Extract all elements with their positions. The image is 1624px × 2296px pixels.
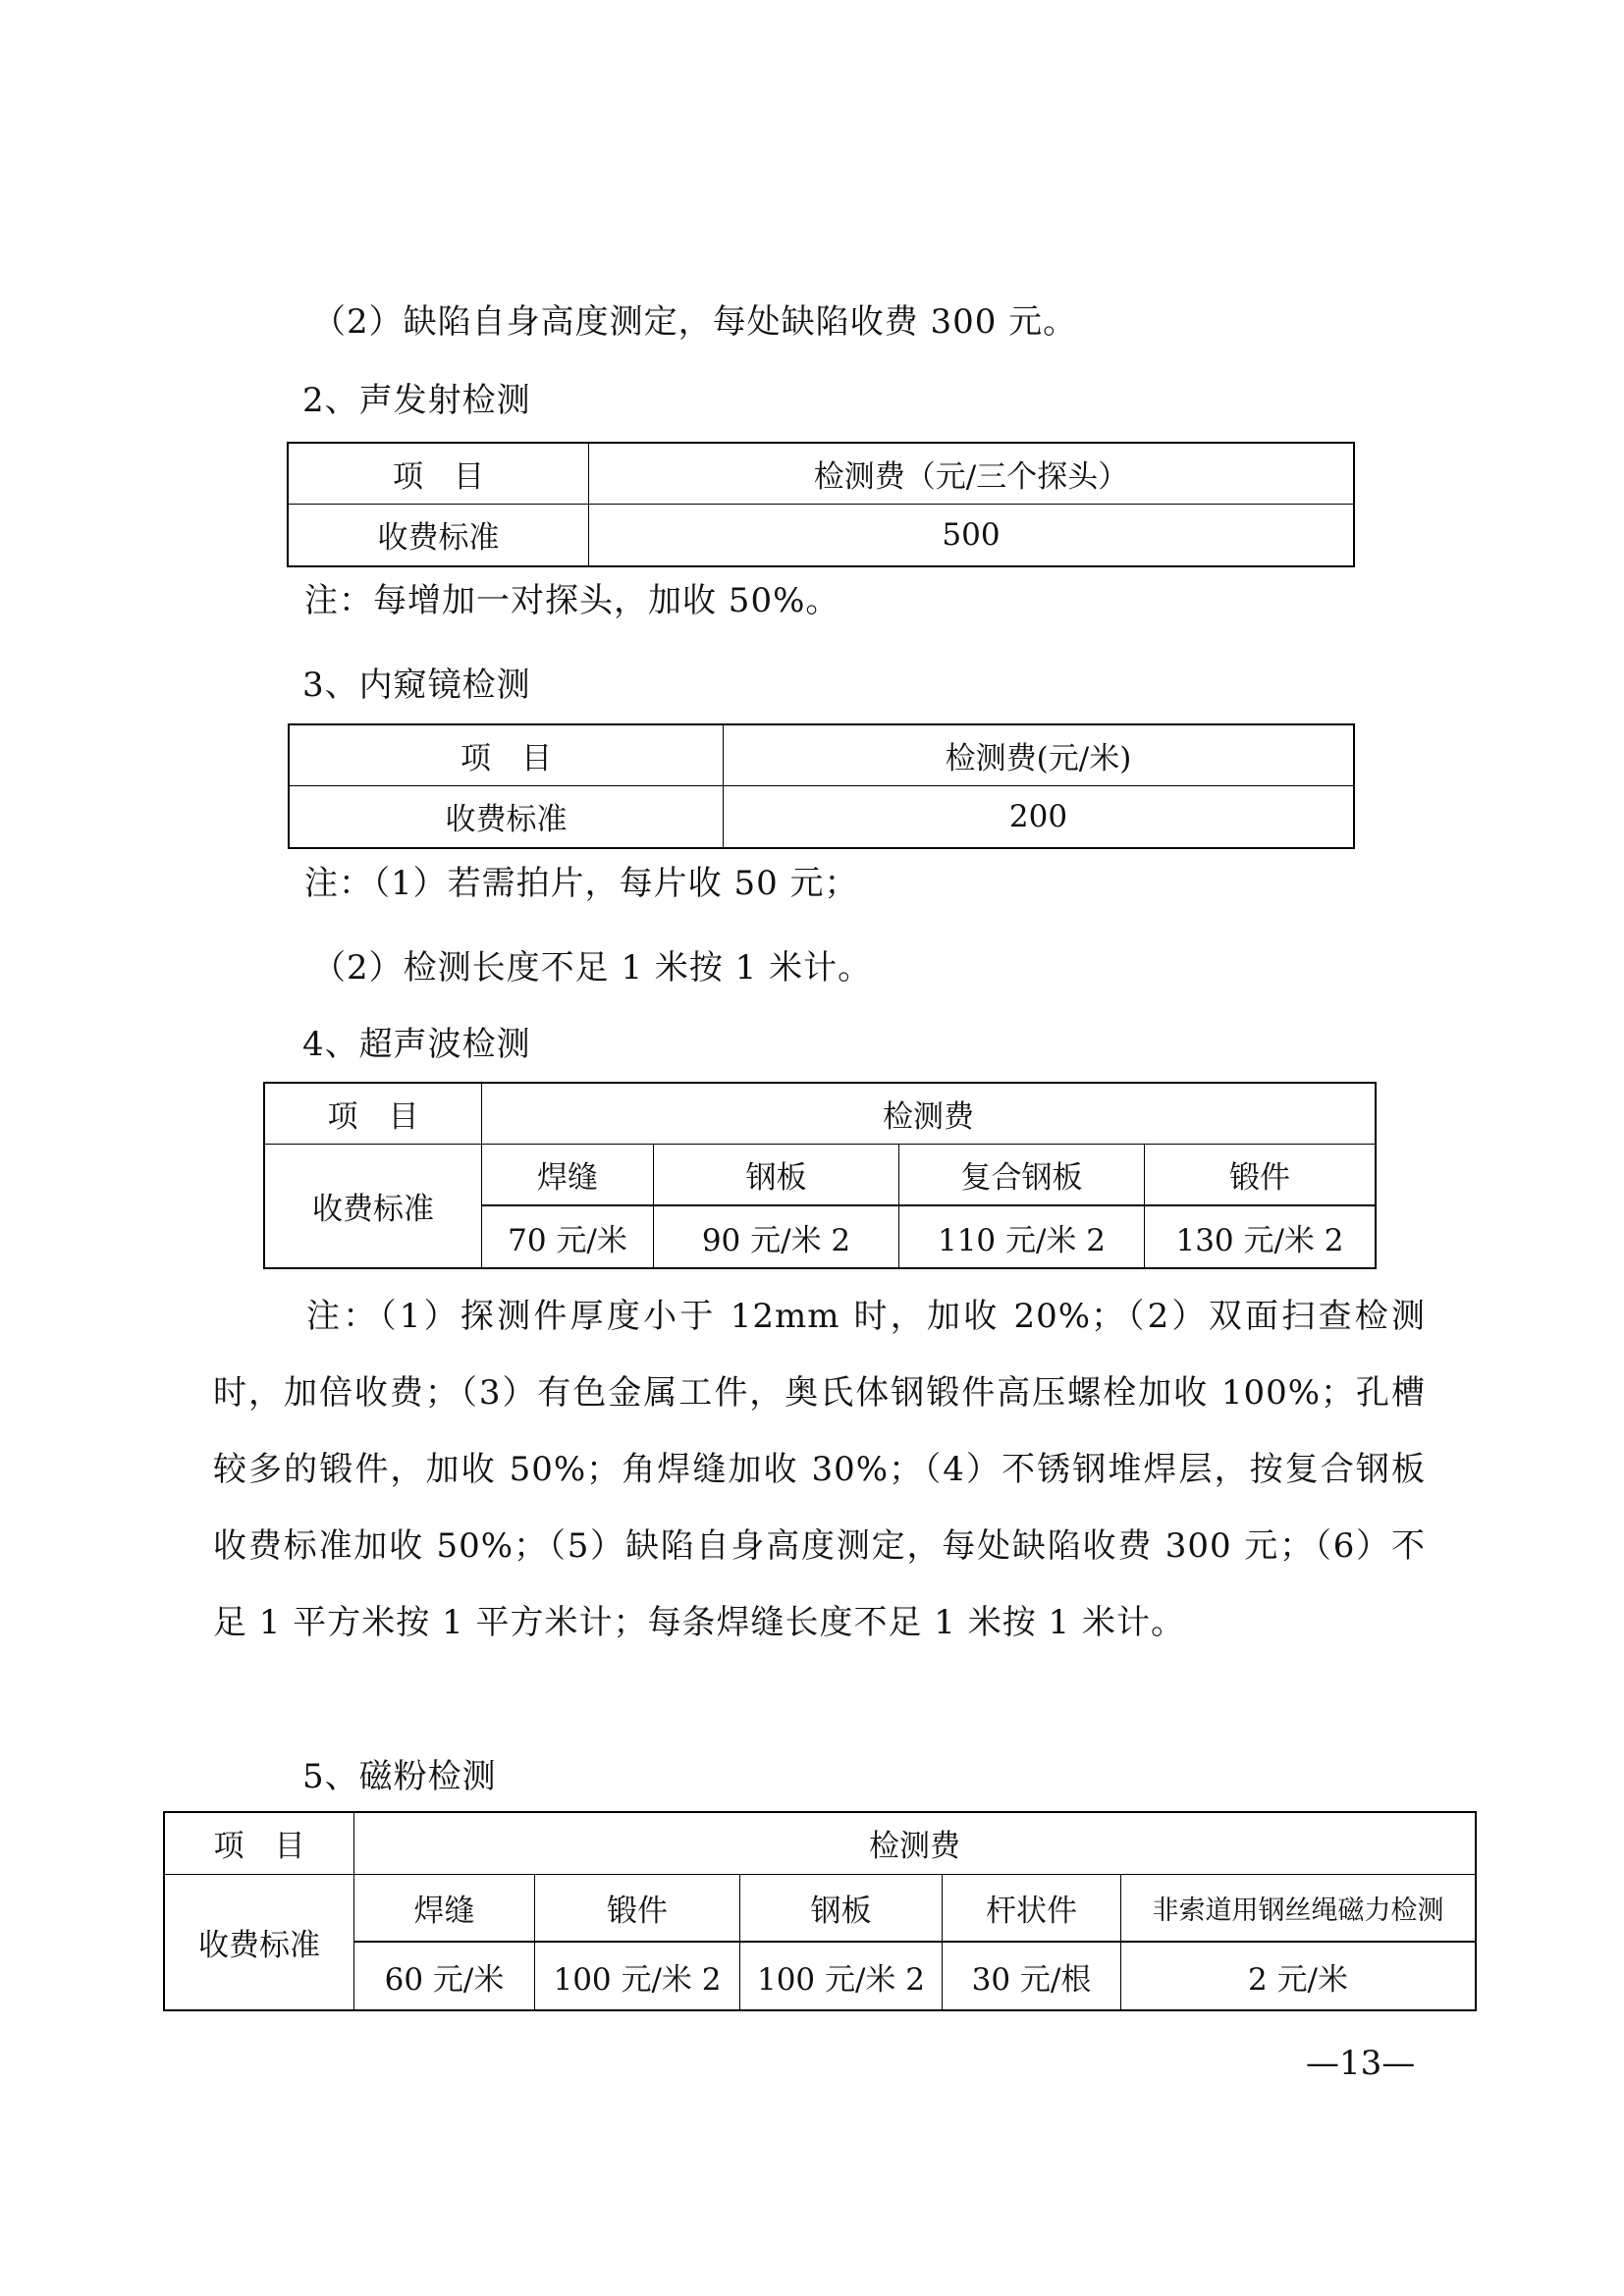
table-cell-forging-fee: 100 元/米 2	[535, 1942, 740, 2010]
section-heading-acoustic-emission: 2、声发射检测	[302, 381, 531, 420]
table-cell-rod-fee: 30 元/根	[943, 1942, 1121, 2010]
table-row-label: 收费标准	[264, 1144, 482, 1268]
table-header-fee: 检测费	[482, 1083, 1377, 1144]
note-ultrasonic: 注：（1）探测件厚度小于 12mm 时，加收 20%；（2）双面扫查检测时，加倍…	[213, 1278, 1426, 1661]
note-endoscope-2: （2）检测长度不足 1 米按 1 米计。	[312, 948, 872, 988]
table-header-fee: 检测费(元/米)	[724, 724, 1355, 785]
table-col-weld: 焊缝	[482, 1144, 654, 1205]
magnetic-particle-fee-table: 项 目 检测费 收费标准 焊缝 锻件 钢板 杆状件 非索道用钢丝绳磁力检测 60…	[163, 1811, 1477, 2011]
table-col-steel-plate: 钢板	[654, 1144, 899, 1205]
table-col-steel-plate: 钢板	[740, 1874, 943, 1942]
table-col-rod: 杆状件	[943, 1874, 1121, 1942]
table-header-fee: 检测费	[354, 1812, 1477, 1874]
section-heading-ultrasonic: 4、超声波检测	[302, 1025, 531, 1064]
table-header-item: 项 目	[164, 1812, 354, 1874]
table-row-label: 收费标准	[164, 1874, 354, 2010]
table-col-weld: 焊缝	[354, 1874, 535, 1942]
note-acoustic-emission: 注：每增加一对探头，加收 50%。	[304, 581, 839, 620]
table-col-forging: 锻件	[535, 1874, 740, 1942]
table-header-item: 项 目	[264, 1083, 482, 1144]
table-cell-fee: 200	[724, 785, 1355, 848]
section-heading-magnetic-particle: 5、磁粉检测	[302, 1757, 497, 1796]
table-header-item: 项 目	[289, 724, 724, 785]
table-col-clad-plate: 复合钢板	[899, 1144, 1145, 1205]
table-col-forging: 锻件	[1145, 1144, 1377, 1205]
table-cell-weld-fee: 60 元/米	[354, 1942, 535, 2010]
note-endoscope-1: 注：（1）若需拍片，每片收 50 元；	[304, 864, 859, 903]
table-cell-wire-rope-fee: 2 元/米	[1121, 1942, 1477, 2010]
item-2-defect-height: （2）缺陷自身高度测定，每处缺陷收费 300 元。	[312, 302, 1077, 342]
table-cell-steel-plate-fee: 90 元/米 2	[654, 1205, 899, 1268]
section-heading-endoscope: 3、内窥镜检测	[302, 666, 531, 705]
acoustic-emission-fee-table: 项 目 检测费（元/三个探头） 收费标准 500	[287, 442, 1355, 567]
endoscope-fee-table: 项 目 检测费(元/米) 收费标准 200	[288, 723, 1355, 849]
table-row-label: 收费标准	[289, 785, 724, 848]
page-number: —13—	[1306, 2044, 1415, 2083]
table-cell-forging-fee: 130 元/米 2	[1145, 1205, 1377, 1268]
ultrasonic-fee-table: 项 目 检测费 收费标准 焊缝 钢板 复合钢板 锻件 70 元/米 90 元/米…	[263, 1082, 1377, 1269]
table-cell-clad-plate-fee: 110 元/米 2	[899, 1205, 1145, 1268]
table-cell-weld-fee: 70 元/米	[482, 1205, 654, 1268]
table-cell-steel-plate-fee: 100 元/米 2	[740, 1942, 943, 2010]
table-header-item: 项 目	[288, 443, 589, 504]
table-row-label: 收费标准	[288, 504, 589, 566]
table-cell-fee: 500	[589, 504, 1355, 566]
table-col-wire-rope: 非索道用钢丝绳磁力检测	[1121, 1874, 1477, 1942]
table-header-fee: 检测费（元/三个探头）	[589, 443, 1355, 504]
